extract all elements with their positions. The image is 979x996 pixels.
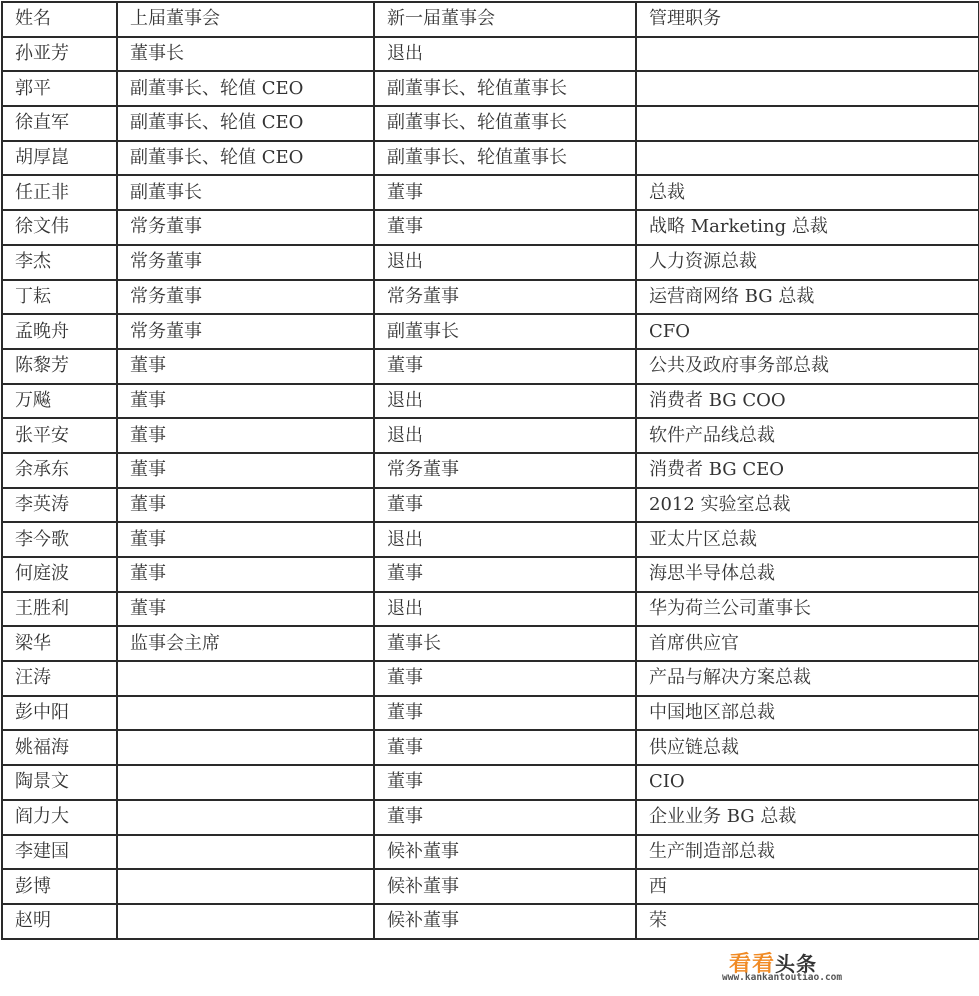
management-role-cell: 供应链总裁 — [636, 730, 979, 765]
previous-board-cell: 常务董事 — [117, 314, 374, 349]
table-row: 王胜利董事退出华为荷兰公司董事长 — [2, 592, 979, 627]
management-role-cell: CFO — [636, 314, 979, 349]
name-cell: 彭博 — [2, 869, 117, 904]
table-row: 李建国候补董事生产制造部总裁 — [2, 835, 979, 870]
previous-board-cell: 董事 — [117, 453, 374, 488]
name-cell: 孟晚舟 — [2, 314, 117, 349]
table-row: 阎力大董事企业业务 BG 总裁 — [2, 800, 979, 835]
table-row: 孙亚芳董事长退出 — [2, 37, 979, 72]
table-row: 徐文伟常务董事董事战略 Marketing 总裁 — [2, 210, 979, 245]
name-cell: 梁华 — [2, 626, 117, 661]
previous-board-cell: 副董事长、轮值 CEO — [117, 141, 374, 176]
management-role-cell: 总裁 — [636, 175, 979, 210]
header-management-role: 管理职务 — [636, 2, 979, 37]
new-board-cell: 退出 — [374, 522, 636, 557]
management-role-cell: 海思半导体总裁 — [636, 557, 979, 592]
previous-board-cell — [117, 800, 374, 835]
new-board-cell: 退出 — [374, 384, 636, 419]
management-role-cell: 公共及政府事务部总裁 — [636, 349, 979, 384]
name-cell: 徐文伟 — [2, 210, 117, 245]
table-row: 余承东董事常务董事消费者 BG CEO — [2, 453, 979, 488]
previous-board-cell: 董事 — [117, 488, 374, 523]
management-role-cell: 企业业务 BG 总裁 — [636, 800, 979, 835]
table-header-row: 姓名 上届董事会 新一届董事会 管理职务 — [2, 2, 979, 37]
new-board-cell: 副董事长、轮值董事长 — [374, 71, 636, 106]
new-board-cell: 董事 — [374, 661, 636, 696]
previous-board-cell: 董事长 — [117, 37, 374, 72]
previous-board-cell: 监事会主席 — [117, 626, 374, 661]
previous-board-cell: 副董事长、轮值 CEO — [117, 106, 374, 141]
previous-board-cell: 副董事长 — [117, 175, 374, 210]
management-role-cell: 消费者 BG COO — [636, 384, 979, 419]
new-board-cell: 董事 — [374, 557, 636, 592]
header-new-board: 新一届董事会 — [374, 2, 636, 37]
new-board-cell: 董事 — [374, 349, 636, 384]
name-cell: 李建国 — [2, 835, 117, 870]
previous-board-cell — [117, 765, 374, 800]
previous-board-cell — [117, 835, 374, 870]
name-cell: 李英涛 — [2, 488, 117, 523]
table-row: 张平安董事退出软件产品线总裁 — [2, 418, 979, 453]
previous-board-cell — [117, 730, 374, 765]
management-role-cell: 首席供应官 — [636, 626, 979, 661]
new-board-cell: 董事 — [374, 730, 636, 765]
management-role-cell: 荣 — [636, 904, 979, 939]
management-role-cell: 亚太片区总裁 — [636, 522, 979, 557]
name-cell: 胡厚崑 — [2, 141, 117, 176]
previous-board-cell: 董事 — [117, 592, 374, 627]
previous-board-cell — [117, 869, 374, 904]
table-row: 何庭波董事董事海思半导体总裁 — [2, 557, 979, 592]
management-role-cell: CIO — [636, 765, 979, 800]
name-cell: 郭平 — [2, 71, 117, 106]
previous-board-cell: 常务董事 — [117, 245, 374, 280]
table-row: 胡厚崑副董事长、轮值 CEO副董事长、轮值董事长 — [2, 141, 979, 176]
new-board-cell: 副董事长、轮值董事长 — [374, 106, 636, 141]
name-cell: 王胜利 — [2, 592, 117, 627]
previous-board-cell: 董事 — [117, 418, 374, 453]
table-row: 彭中阳董事中国地区部总裁 — [2, 696, 979, 731]
previous-board-cell: 董事 — [117, 557, 374, 592]
management-role-cell: 产品与解决方案总裁 — [636, 661, 979, 696]
management-role-cell: 战略 Marketing 总裁 — [636, 210, 979, 245]
table-row: 姚福海董事供应链总裁 — [2, 730, 979, 765]
name-cell: 赵明 — [2, 904, 117, 939]
name-cell: 余承东 — [2, 453, 117, 488]
name-cell: 姚福海 — [2, 730, 117, 765]
new-board-cell: 退出 — [374, 592, 636, 627]
management-role-cell — [636, 71, 979, 106]
new-board-cell: 常务董事 — [374, 453, 636, 488]
management-role-cell — [636, 106, 979, 141]
management-role-cell: 西 — [636, 869, 979, 904]
table-row: 孟晚舟常务董事副董事长CFO — [2, 314, 979, 349]
previous-board-cell: 董事 — [117, 349, 374, 384]
management-role-cell: 生产制造部总裁 — [636, 835, 979, 870]
new-board-cell: 候补董事 — [374, 869, 636, 904]
management-role-cell: 消费者 BG CEO — [636, 453, 979, 488]
watermark: 看看头条 www.kankantoutiao.com — [722, 945, 972, 989]
new-board-cell: 候补董事 — [374, 835, 636, 870]
board-members-table: 姓名 上届董事会 新一届董事会 管理职务 孙亚芳董事长退出郭平副董事长、轮值 C… — [1, 1, 979, 940]
management-role-cell — [636, 37, 979, 72]
new-board-cell: 董事 — [374, 800, 636, 835]
new-board-cell: 董事 — [374, 210, 636, 245]
table-row: 徐直军副董事长、轮值 CEO副董事长、轮值董事长 — [2, 106, 979, 141]
new-board-cell: 董事 — [374, 765, 636, 800]
table-row: 丁耘常务董事常务董事运营商网络 BG 总裁 — [2, 280, 979, 315]
new-board-cell: 董事 — [374, 696, 636, 731]
table-row: 汪涛董事产品与解决方案总裁 — [2, 661, 979, 696]
previous-board-cell: 常务董事 — [117, 210, 374, 245]
name-cell: 任正非 — [2, 175, 117, 210]
previous-board-cell: 常务董事 — [117, 280, 374, 315]
name-cell: 万飚 — [2, 384, 117, 419]
previous-board-cell: 董事 — [117, 384, 374, 419]
header-name: 姓名 — [2, 2, 117, 37]
table-row: 李杰常务董事退出人力资源总裁 — [2, 245, 979, 280]
table-row: 彭博候补董事西 — [2, 869, 979, 904]
new-board-cell: 候补董事 — [374, 904, 636, 939]
management-role-cell: 2012 实验室总裁 — [636, 488, 979, 523]
new-board-cell: 董事 — [374, 175, 636, 210]
previous-board-cell: 副董事长、轮值 CEO — [117, 71, 374, 106]
name-cell: 彭中阳 — [2, 696, 117, 731]
table-row: 郭平副董事长、轮值 CEO副董事长、轮值董事长 — [2, 71, 979, 106]
new-board-cell: 常务董事 — [374, 280, 636, 315]
management-role-cell: 人力资源总裁 — [636, 245, 979, 280]
name-cell: 孙亚芳 — [2, 37, 117, 72]
name-cell: 徐直军 — [2, 106, 117, 141]
previous-board-cell — [117, 696, 374, 731]
management-role-cell — [636, 141, 979, 176]
new-board-cell: 退出 — [374, 245, 636, 280]
previous-board-cell — [117, 661, 374, 696]
watermark-url: www.kankantoutiao.com — [722, 972, 842, 983]
name-cell: 丁耘 — [2, 280, 117, 315]
new-board-cell: 副董事长 — [374, 314, 636, 349]
table-row: 赵明候补董事荣 — [2, 904, 979, 939]
management-role-cell: 中国地区部总裁 — [636, 696, 979, 731]
table-row: 任正非副董事长董事总裁 — [2, 175, 979, 210]
name-cell: 张平安 — [2, 418, 117, 453]
name-cell: 李今歌 — [2, 522, 117, 557]
table-row: 陈黎芳董事董事公共及政府事务部总裁 — [2, 349, 979, 384]
previous-board-cell: 董事 — [117, 522, 374, 557]
table-row: 梁华监事会主席董事长首席供应官 — [2, 626, 979, 661]
name-cell: 汪涛 — [2, 661, 117, 696]
name-cell: 陶景文 — [2, 765, 117, 800]
name-cell: 何庭波 — [2, 557, 117, 592]
new-board-cell: 副董事长、轮值董事长 — [374, 141, 636, 176]
table-row: 李今歌董事退出亚太片区总裁 — [2, 522, 979, 557]
new-board-cell: 退出 — [374, 418, 636, 453]
table-row: 陶景文董事CIO — [2, 765, 979, 800]
name-cell: 李杰 — [2, 245, 117, 280]
previous-board-cell — [117, 904, 374, 939]
name-cell: 陈黎芳 — [2, 349, 117, 384]
table-row: 李英涛董事董事2012 实验室总裁 — [2, 488, 979, 523]
management-role-cell: 运营商网络 BG 总裁 — [636, 280, 979, 315]
name-cell: 阎力大 — [2, 800, 117, 835]
table-row: 万飚董事退出消费者 BG COO — [2, 384, 979, 419]
new-board-cell: 退出 — [374, 37, 636, 72]
new-board-cell: 董事 — [374, 488, 636, 523]
header-previous-board: 上届董事会 — [117, 2, 374, 37]
management-role-cell: 软件产品线总裁 — [636, 418, 979, 453]
new-board-cell: 董事长 — [374, 626, 636, 661]
management-role-cell: 华为荷兰公司董事长 — [636, 592, 979, 627]
